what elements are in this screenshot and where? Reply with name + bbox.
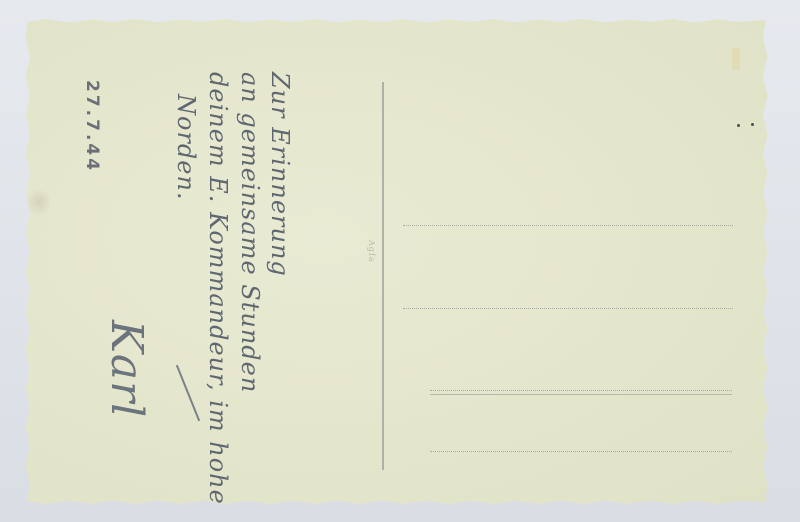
address-line-4 [430, 451, 732, 452]
ink-dot [737, 124, 740, 127]
paper-stain [732, 48, 740, 70]
date-text: 27.7.44 [82, 80, 102, 173]
address-line-3 [430, 390, 732, 395]
signature-underline [176, 365, 200, 421]
paper-smudge [28, 186, 50, 218]
address-line-2 [403, 308, 733, 309]
center-divider [382, 82, 384, 470]
message-line-2: an gemeinsame Stunden [236, 72, 264, 393]
address-line-1 [403, 225, 733, 226]
message-line-4: Norden. [172, 94, 200, 201]
ink-dot [751, 123, 754, 126]
signature: Karl [101, 320, 152, 418]
postcard-back: Zur Erinnerung an gemeinsame Stunden dei… [24, 18, 769, 505]
message-line-3: deinem E. Kommandeur, im hohen [204, 72, 232, 521]
message-line-1: Zur Erinnerung [266, 72, 294, 277]
center-mark: Agfa [367, 240, 376, 263]
